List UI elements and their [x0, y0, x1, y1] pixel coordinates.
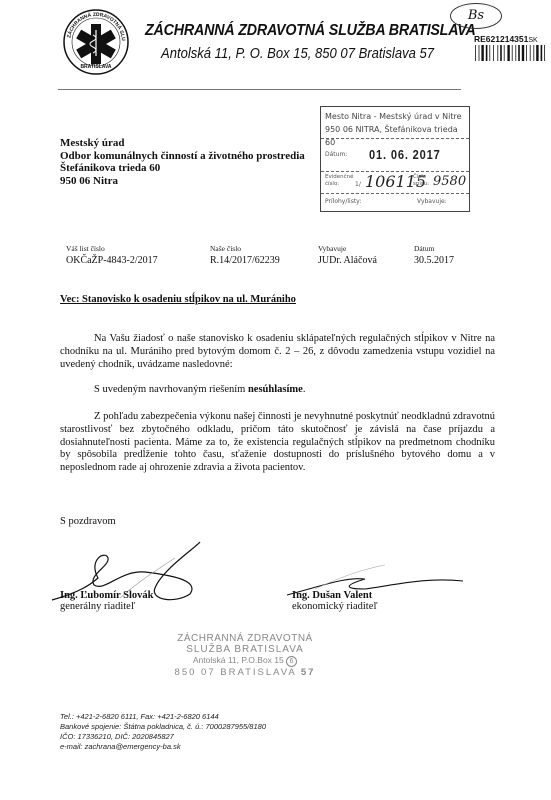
stamp-date-row: Dátum: 01. 06. 2017 — [321, 139, 469, 172]
stamp-evidence-label: Evidenčné číslo: — [325, 174, 351, 188]
closing-greeting: S pozdravom — [60, 516, 116, 527]
stamp-file-value: 9580 — [433, 174, 466, 189]
recipient-line: Odbor komunálnych činností a životného p… — [60, 150, 305, 163]
recipient-address: Mestský úrad Odbor komunálnych činností … — [60, 137, 305, 187]
stamp-date-label: Dátum: — [325, 151, 347, 158]
stamp-office: Mesto Nitra - Mestský úrad v Nitre 950 0… — [321, 107, 469, 139]
rubber-stamp-badge: 6 — [286, 656, 297, 667]
signatory-2: Ing. Dušan Valent ekonomický riaditeľ — [292, 590, 378, 612]
reference-value: 30.5.2017 — [414, 255, 454, 266]
recipient-line: Mestský úrad — [60, 137, 305, 150]
receipt-stamp: Mesto Nitra - Mestský úrad v Nitre 950 0… — [320, 106, 470, 212]
rubber-stamp-line: Antolská 11, P.O.Box 15 6 — [170, 655, 320, 667]
reference-handled-by: Vybavuje JUDr. Aláčová — [318, 244, 377, 266]
rubber-stamp-line: 850 07 BRATISLAVA 57 — [170, 667, 320, 678]
signatory-name: Ing. Ľubomír Slovák — [60, 590, 153, 601]
footer-email: e-mail: zachrana@emergency-ba.sk — [60, 742, 266, 752]
star-of-life-icon: BRATISLAVA ZÁCHRANNÁ ZDRAVOTNÁ SLUŽBA — [62, 8, 130, 76]
footer-contact: Tel.: +421-2-6820 6111, Fax: +421-2-6820… — [60, 712, 266, 722]
reference-label: Naše číslo — [210, 244, 280, 253]
reference-our-number: Naše číslo R.14/2017/62239 — [210, 244, 280, 266]
stamp-handled-label: Vybavuje: — [417, 198, 447, 205]
body-paragraph-3: Z pohľadu zabezpečenia výkonu našej činn… — [60, 411, 495, 475]
registered-mail-suffix: SK — [528, 37, 537, 44]
organization-address: Antolská 11, P. O. Box 15, 850 07 Bratis… — [161, 46, 434, 62]
p2-end: . — [303, 384, 306, 395]
stamp-office-line1: Mesto Nitra - Mestský úrad v Nitre — [325, 110, 466, 123]
signatory-1: Ing. Ľubomír Slovák generálny riaditeľ — [60, 590, 153, 612]
rubber-stamp-address: Antolská 11, P.O.Box 15 — [193, 655, 284, 665]
reference-date: Dátum 30.5.2017 — [414, 244, 454, 266]
barcode-icon — [475, 45, 545, 61]
letter-subject: Vec: Stanovisko k osadeniu stĺpikov na u… — [60, 294, 296, 305]
rubber-stamp-suffix: 57 — [301, 667, 316, 678]
body-paragraph-2: S uvedeným navrhovaným riešením nesúhlas… — [60, 384, 495, 397]
rubber-stamp-line: SLUŽBA BRATISLAVA — [170, 644, 320, 655]
rubber-stamp-city: 850 07 BRATISLAVA — [175, 667, 297, 678]
registered-mail-number: RE621214351SK — [474, 34, 538, 44]
body-paragraph-1: Na Vašu žiadosť o naše stanovisko k osad… — [60, 333, 495, 371]
footer-ids: IČO: 17336210, DIČ: 2020845827 — [60, 732, 266, 742]
reference-label: Dátum — [414, 244, 454, 253]
reference-value: JUDr. Aláčová — [318, 255, 377, 266]
organization-logo: BRATISLAVA ZÁCHRANNÁ ZDRAVOTNÁ SLUŽBA — [62, 8, 130, 76]
reference-value: R.14/2017/62239 — [210, 255, 280, 266]
p2-emphasis: nesúhlasíme — [248, 384, 303, 395]
signatory-name: Ing. Dušan Valent — [292, 590, 378, 601]
stamp-evidence-prefix: 1/ — [355, 181, 361, 188]
svg-text:BRATISLAVA: BRATISLAVA — [80, 64, 111, 70]
recipient-line: Štefánikova trieda 60 — [60, 162, 305, 175]
stamp-attachments-label: Prílohy/listy: — [325, 198, 361, 205]
footer-bank: Bankové spojenie: Štátna pokladnica, č. … — [60, 722, 266, 732]
p2-text: S uvedeným navrhovaným riešením — [94, 384, 248, 395]
handwritten-initials: Bs — [450, 3, 502, 29]
rubber-stamp-line: ZÁCHRANNÁ ZDRAVOTNÁ — [170, 633, 320, 644]
reference-your-letter: Váš list číslo OKČaŽP-4843-2/2017 — [66, 244, 158, 266]
organization-name: ZÁCHRANNÁ ZDRAVOTNÁ SLUŽBA BRATISLAVA — [145, 22, 476, 40]
organization-rubber-stamp: ZÁCHRANNÁ ZDRAVOTNÁ SLUŽBA BRATISLAVA An… — [170, 633, 320, 678]
stamp-evidence-row: Evidenčné číslo: 1/ 106115 Číslo spisu: … — [321, 171, 469, 194]
stamp-attachments-row: Prílohy/listy: Vybavuje: — [321, 193, 469, 211]
registered-mail-code: RE621214351 — [474, 34, 528, 44]
stamp-file-label: Číslo spisu: — [413, 174, 431, 188]
letter-footer: Tel.: +421-2-6820 6111, Fax: +421-2-6820… — [60, 712, 266, 752]
reference-label: Vybavuje — [318, 244, 377, 253]
recipient-line: 950 06 Nitra — [60, 175, 305, 188]
reference-value: OKČaŽP-4843-2/2017 — [66, 255, 158, 266]
reference-label: Váš list číslo — [66, 244, 158, 253]
signatory-role: generálny riaditeľ — [60, 601, 153, 612]
stamp-date-value: 01. 06. 2017 — [369, 147, 441, 162]
header-divider — [58, 89, 461, 90]
signatory-role: ekonomický riaditeľ — [292, 601, 378, 612]
